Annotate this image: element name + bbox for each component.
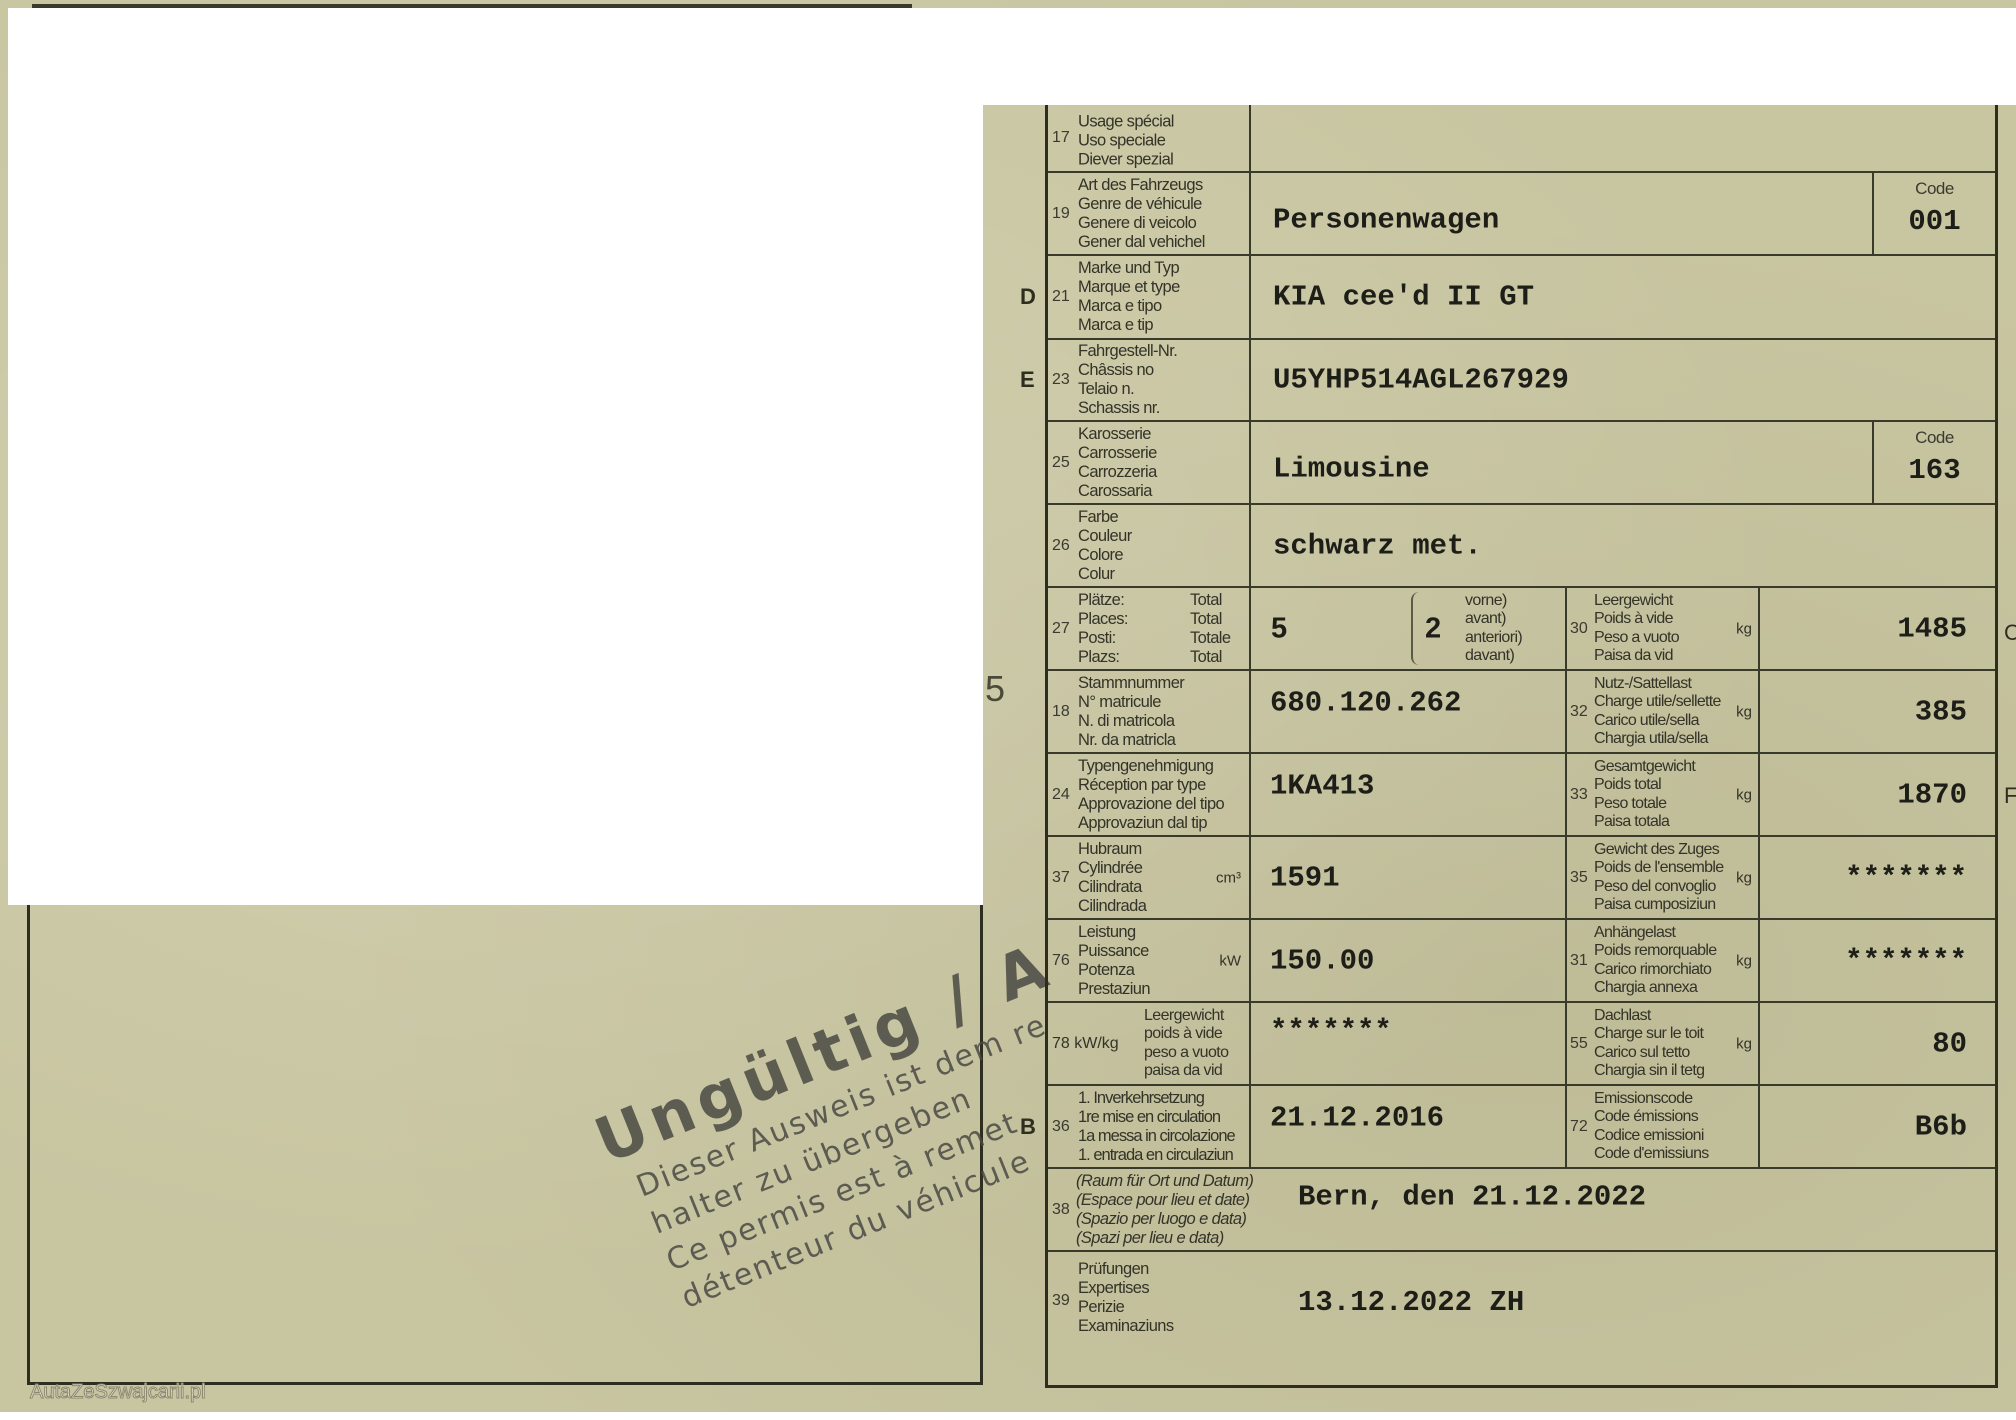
- row-37-35: 37 HubraumCylindréeCilindrataCilindrada …: [1048, 837, 1995, 920]
- right-label-cell: 33 GesamtgewichtPoids totalPeso totalePa…: [1565, 754, 1760, 835]
- label-cell: 78 kW/kg Leergewichtpoids à videpeso a v…: [1048, 1003, 1251, 1084]
- section-letter: E: [1020, 367, 1035, 393]
- unit: kg: [1736, 620, 1752, 637]
- right-label-cell: 35 Gewicht des ZugesPoids de l'ensembleP…: [1565, 837, 1760, 918]
- field-number: 35: [1570, 869, 1588, 887]
- field-label: LeergewichtPoids à videPeso a vuotoPaisa…: [1594, 592, 1679, 666]
- seats-cell: 5 2 vorne)avant)anteriori)davant): [1251, 588, 1565, 669]
- label-cell: 24 TypengenehmigungRéception par typeApp…: [1048, 754, 1251, 835]
- right-label-cell: 30 LeergewichtPoids à videPeso a vuotoPa…: [1565, 588, 1760, 669]
- field-label: Plätze:Places:Posti:Plazs:: [1078, 591, 1128, 667]
- place-date-value: Bern, den 21.12.2022: [1298, 1181, 1646, 1214]
- field-number: 27: [1052, 620, 1070, 638]
- label-cell: 38 (Raum für Ort und Datum)(Espace pour …: [1048, 1169, 1251, 1250]
- field-label: Art des FahrzeugsGenre de véhiculeGenere…: [1078, 176, 1205, 252]
- right-label-cell: 55 DachlastCharge sur le toitCarico sul …: [1565, 1003, 1760, 1084]
- field-number: 39: [1052, 1292, 1070, 1310]
- row-23: E 23 Fahrgestell-Nr.Châssis noTelaio n.S…: [1048, 340, 1995, 422]
- field-label: HubraumCylindréeCilindrataCilindrada: [1078, 840, 1146, 916]
- row-21: D 21 Marke und TypMarque et typeMarca e …: [1048, 256, 1995, 340]
- unit: kg: [1736, 952, 1752, 969]
- field-number: 55: [1570, 1035, 1588, 1053]
- field-number: 37: [1052, 869, 1070, 887]
- field-label: Nutz-/SattellastCharge utile/selletteCar…: [1594, 675, 1721, 749]
- unit: cm³: [1216, 869, 1241, 886]
- seats-total-value: 5: [1271, 612, 1287, 645]
- towing-load-value: *******: [1845, 944, 1967, 977]
- label-cell: 26 FarbeCouleurColoreColur: [1048, 505, 1251, 586]
- field-label: Marke und TypMarque et typeMarca e tipoM…: [1078, 259, 1180, 335]
- empty-weight-value: 1485: [1897, 612, 1967, 645]
- roof-load-value: 80: [1932, 1027, 1967, 1060]
- registration-table: 17 Usage spécialUso specialeDiever spezi…: [1045, 105, 1998, 1388]
- unit: kg: [1736, 703, 1752, 720]
- train-weight-value: *******: [1845, 861, 1967, 894]
- field-label: StammnummerN° matriculeN. di matricolaNr…: [1078, 674, 1184, 750]
- stray-mark: 5: [985, 668, 1005, 710]
- payload-value: 385: [1915, 695, 1967, 728]
- first-registration-value: 21.12.2016: [1270, 1102, 1444, 1135]
- code-cell: Code 163: [1872, 422, 1995, 503]
- row-18-32: 18 StammnummerN° matriculeN. di matricol…: [1048, 671, 1995, 754]
- field-label: (Raum für Ort und Datum)(Espace pour lie…: [1076, 1172, 1253, 1248]
- label-cell: 37 HubraumCylindréeCilindrataCilindrada …: [1048, 837, 1251, 918]
- row-26: 26 FarbeCouleurColoreColur schwarz met.: [1048, 505, 1995, 588]
- field-number: 32: [1570, 703, 1588, 721]
- watermark: AutaZeSzwajcarii.pl: [30, 1381, 206, 1404]
- label-cell: 27 Plätze:Places:Posti:Plazs: TotalTotal…: [1048, 588, 1251, 669]
- field-label: 1. Inverkehrsetzung1re mise en circulati…: [1078, 1089, 1235, 1165]
- row-76-31: 76 LeistungPuissancePotenzaPrestaziun kW…: [1048, 920, 1995, 1003]
- row-39: 39 PrüfungenExpertisesPerizieExaminaziun…: [1048, 1252, 1995, 1385]
- matriculation-number-value: 680.120.262: [1270, 687, 1461, 720]
- field-number: 33: [1570, 786, 1588, 804]
- right-label-cell: 32 Nutz-/SattellastCharge utile/sellette…: [1565, 671, 1760, 752]
- front-seats-label: vorne)avant)anteriori)davant): [1465, 592, 1522, 666]
- field-number: 30: [1570, 620, 1588, 638]
- field-number: 36: [1052, 1118, 1070, 1136]
- edge-letter: C: [2004, 620, 2016, 646]
- unit: kW: [1219, 952, 1241, 969]
- chassis-number-value: U5YHP514AGL267929: [1273, 364, 1569, 397]
- label-cell: 76 LeistungPuissancePotenzaPrestaziun kW: [1048, 920, 1251, 1001]
- label-cell: 25 KarosserieCarrosserieCarrozzeriaCaros…: [1048, 422, 1251, 503]
- field-label: PrüfungenExpertisesPerizieExaminaziuns: [1078, 1260, 1174, 1336]
- field-number: 17: [1052, 129, 1070, 147]
- label-cell: 17 Usage spécialUso specialeDiever spezi…: [1048, 105, 1251, 171]
- code-cell: Code 001: [1872, 173, 1995, 254]
- label-cell: 39 PrüfungenExpertisesPerizieExaminaziun…: [1048, 1252, 1251, 1385]
- row-19: 19 Art des FahrzeugsGenre de véhiculeGen…: [1048, 173, 1995, 256]
- front-seats-value: 2: [1425, 612, 1441, 645]
- label-cell: 19 Art des FahrzeugsGenre de véhiculeGen…: [1048, 173, 1251, 254]
- power-to-weight-value: *******: [1270, 1015, 1392, 1048]
- row-17: 17 Usage spécialUso specialeDiever spezi…: [1048, 105, 1995, 173]
- field-number: 24: [1052, 786, 1070, 804]
- section-letter: B: [1020, 1114, 1036, 1140]
- unit: kg: [1736, 786, 1752, 803]
- code-value: 163: [1874, 454, 1995, 487]
- field-number: 19: [1052, 205, 1070, 223]
- emission-code-value: B6b: [1915, 1110, 1967, 1143]
- vehicle-type-value: Personenwagen: [1273, 203, 1499, 236]
- field-number: 78 kW/kg: [1052, 1035, 1119, 1053]
- label-cell: 21 Marke und TypMarque et typeMarca e ti…: [1048, 256, 1251, 338]
- field-label: DachlastCharge sur le toitCarico sul tet…: [1594, 1007, 1704, 1081]
- redaction-block-left: [8, 8, 983, 905]
- field-number: 21: [1052, 288, 1070, 306]
- field-number: 26: [1052, 537, 1070, 555]
- field-number: 31: [1570, 952, 1588, 970]
- field-number: 23: [1052, 371, 1070, 389]
- field-label: TypengenehmigungRéception par typeApprov…: [1078, 757, 1224, 833]
- code-value: 001: [1874, 205, 1995, 238]
- displacement-value: 1591: [1270, 861, 1340, 894]
- right-label-cell: 31 AnhängelastPoids remorquableCarico ri…: [1565, 920, 1760, 1001]
- label-cell: 36 1. Inverkehrsetzung1re mise en circul…: [1048, 1086, 1251, 1167]
- field-number: 38: [1052, 1201, 1070, 1219]
- code-label: Code: [1874, 179, 1995, 199]
- field-label: Leergewichtpoids à videpeso a vuotopaisa…: [1144, 1007, 1228, 1081]
- power-value: 150.00: [1270, 944, 1374, 977]
- label-cell: 18 StammnummerN° matriculeN. di matricol…: [1048, 671, 1251, 752]
- field-label: Fahrgestell-Nr.Châssis noTelaio n.Schass…: [1078, 342, 1177, 418]
- field-number: 76: [1052, 952, 1070, 970]
- field-label: FarbeCouleurColoreColur: [1078, 508, 1132, 584]
- edge-letter: F: [2004, 783, 2016, 809]
- color-value: schwarz met.: [1273, 529, 1482, 562]
- right-label-cell: 72 EmissionscodeCode émissionsCodice emi…: [1565, 1086, 1760, 1167]
- field-label: KarosserieCarrosserieCarrozzeriaCarossar…: [1078, 425, 1157, 501]
- inspection-value: 13.12.2022 ZH: [1298, 1286, 1524, 1319]
- field-label-total: TotalTotalTotaleTotal: [1190, 591, 1230, 667]
- body-type-value: Limousine: [1273, 452, 1430, 485]
- unit: kg: [1736, 1035, 1752, 1052]
- field-label: Usage spécialUso specialeDiever spezial: [1078, 113, 1174, 170]
- row-36-72: B 36 1. Inverkehrsetzung1re mise en circ…: [1048, 1086, 1995, 1169]
- field-label: GesamtgewichtPoids totalPeso totalePaisa…: [1594, 758, 1695, 832]
- row-24-33: 24 TypengenehmigungRéception par typeApp…: [1048, 754, 1995, 837]
- make-model-value: KIA cee'd II GT: [1273, 281, 1534, 314]
- type-approval-value: 1KA413: [1270, 770, 1374, 803]
- row-27-30: 27 Plätze:Places:Posti:Plazs: TotalTotal…: [1048, 588, 1995, 671]
- field-label: AnhängelastPoids remorquableCarico rimor…: [1594, 924, 1716, 998]
- unit: kg: [1736, 869, 1752, 886]
- field-number: 72: [1570, 1118, 1588, 1136]
- field-label: LeistungPuissancePotenzaPrestaziun: [1078, 923, 1150, 999]
- code-label: Code: [1874, 428, 1995, 448]
- field-number: 25: [1052, 454, 1070, 472]
- row-78-55: 78 kW/kg Leergewichtpoids à videpeso a v…: [1048, 1003, 1995, 1086]
- section-letter: D: [1020, 284, 1036, 310]
- front-seats: 2 vorne)avant)anteriori)davant): [1411, 592, 1568, 665]
- field-label: EmissionscodeCode émissionsCodice emissi…: [1594, 1090, 1709, 1164]
- total-weight-value: 1870: [1897, 778, 1967, 811]
- row-25: 25 KarosserieCarrosserieCarrozzeriaCaros…: [1048, 422, 1995, 505]
- label-cell: 23 Fahrgestell-Nr.Châssis noTelaio n.Sch…: [1048, 340, 1251, 420]
- field-number: 18: [1052, 703, 1070, 721]
- row-38: 38 (Raum für Ort und Datum)(Espace pour …: [1048, 1169, 1995, 1252]
- field-label: Gewicht des ZugesPoids de l'ensemblePeso…: [1594, 841, 1723, 915]
